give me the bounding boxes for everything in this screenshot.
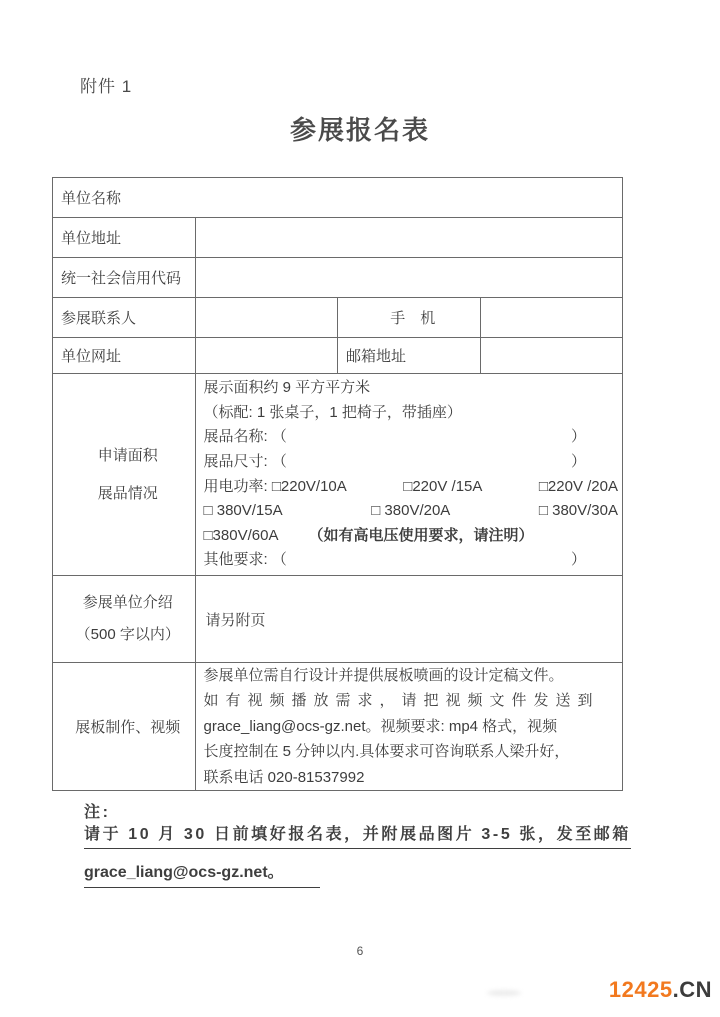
page-number: 6 [0,944,720,958]
table-row-intro: 参展单位介绍 （500 字以内） 请另附页 [53,576,623,663]
watermark-highlight: 12425 [609,977,673,1002]
page-title: 参展报名表 [0,110,720,147]
power-option: □380V/60A [204,524,279,549]
panel-line: 如有视频播放需求，请把视频文件发送到 [204,688,623,713]
mobile-value-cell [480,298,623,338]
intro-label: 参展单位介绍 （500 字以内） [61,593,195,645]
high-voltage-note: （如有高电压使用要求，请注明） [308,524,533,549]
power-option: □ 380V/20A [371,499,450,524]
watermark: 12425.CN [609,977,712,1003]
panel-label: 展板制作、视频 [53,663,196,791]
intro-label-cell: 参展单位介绍 （500 字以内） [53,576,196,663]
unit-address-value-cell [195,218,623,258]
power-options-line3: □380V/60A （如有高电压使用要求，请注明） [204,524,623,549]
note-email: grace_liang@ocs-gz.net。 [84,861,320,888]
mobile-label: 手 机 [338,298,481,338]
exhibit-name-line: 展品名称: （ ） [204,425,623,450]
other-requirements-line: 其他要求: （ ） [204,548,623,573]
exhibit-size-line: 展品尺寸: （ ） [204,450,623,475]
note-line-2: grace_liang@ocs-gz.net。 [84,861,658,888]
power-option: □220V /20A [539,475,618,500]
panel-line: 联系电话 020-81537992 [204,765,623,790]
unit-address-label: 单位地址 [53,218,196,258]
panel-line: 长度控制在 5 分钟以内.具体要求可咨询联系人梁升好， [204,739,623,764]
table-row-panel: 展板制作、视频 参展单位需自行设计并提供展板喷画的设计定稿文件。 如有视频播放需… [53,663,623,791]
power-option: □ 380V/30A [539,499,618,524]
credit-code-value-cell [195,258,623,298]
power-options-line1: 用电功率: □220V/10A □220V /15A □220V /20A [204,475,623,500]
table-row-unit-address: 单位地址 [53,218,623,258]
scanned-document-page: 附件 1 参展报名表 单位名称 单位地址 统一社会信用代码 参展联系人 手 机 … [0,0,720,1017]
note-underlined-text: 请于 10 月 30 日前填好报名表，并附展品图片 3-5 张，发至邮箱 [84,824,631,849]
intro-content-cell: 请另附页 [195,576,623,663]
area-content-cell: 展示面积约 9 平方平方米 （标配: 1 张桌子，1 把椅子，带插座） 展品名称… [195,374,623,576]
attachment-label: 附件 1 [80,72,132,97]
power-option: □ 380V/15A [204,499,283,524]
website-label: 单位网址 [53,338,196,374]
note-prefix: 注: [84,804,111,821]
unit-name-label: 单位名称 [53,178,623,218]
area-label-cell: 申请面积 展品情况 [53,374,196,576]
table-row-area: 申请面积 展品情况 展示面积约 9 平方平方米 （标配: 1 张桌子，1 把椅子… [53,374,623,576]
scan-smudge [487,990,521,996]
panel-content-cell: 参展单位需自行设计并提供展板喷画的设计定稿文件。 如有视频播放需求，请把视频文件… [195,663,623,791]
standard-config-line: （标配: 1 张桌子，1 把椅子，带插座） [204,401,623,426]
email-value-cell [480,338,623,374]
table-row-website: 单位网址 邮箱地址 [53,338,623,374]
contact-value-cell [195,298,338,338]
panel-line: grace_liang@ocs-gz.net。视频要求: mp4 格式，视频 [204,714,623,739]
power-options-line2: □ 380V/15A □ 380V/20A □ 380V/30A [204,499,623,524]
power-option: □220V /15A [403,475,482,500]
contact-label: 参展联系人 [53,298,196,338]
power-option: 用电功率: □220V/10A [204,475,347,500]
website-value-cell [195,338,338,374]
area-label: 申请面积 展品情况 [61,446,195,504]
table-row-credit-code: 统一社会信用代码 [53,258,623,298]
display-area-line: 展示面积约 9 平方平方米 [204,376,623,401]
watermark-suffix: .CN [673,977,712,1002]
registration-form-table: 单位名称 单位地址 统一社会信用代码 参展联系人 手 机 单位网址 邮箱地址 [52,177,623,791]
panel-line: 参展单位需自行设计并提供展板喷画的设计定稿文件。 [204,663,623,688]
footer-note: 注: 请于 10 月 30 日前填好报名表，并附展品图片 3-5 张，发至邮箱 … [84,802,658,888]
credit-code-label: 统一社会信用代码 [53,258,196,298]
note-line-1: 注: 请于 10 月 30 日前填好报名表，并附展品图片 3-5 张，发至邮箱 [84,802,658,849]
email-label: 邮箱地址 [338,338,481,374]
table-row-contact: 参展联系人 手 机 [53,298,623,338]
table-row-unit-name: 单位名称 [53,178,623,218]
